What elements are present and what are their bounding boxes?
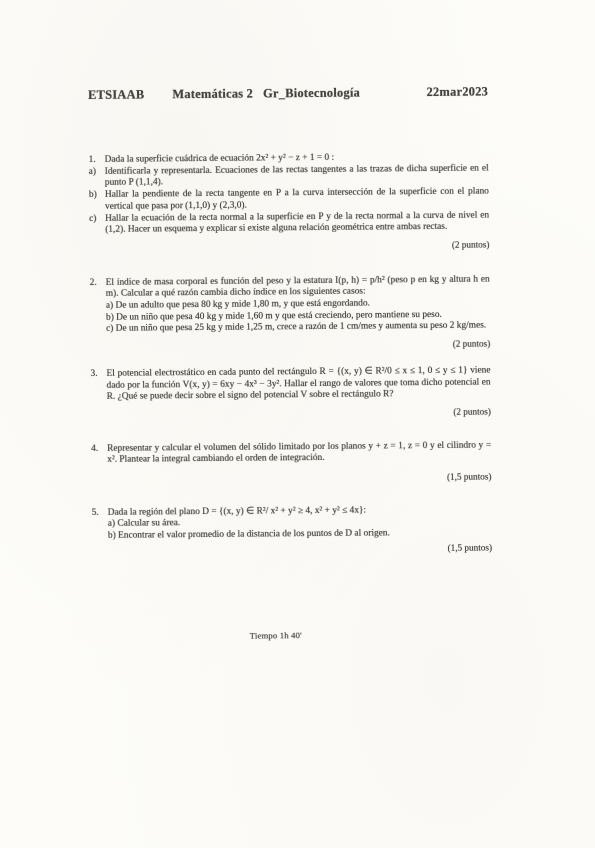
exam-date: 22mar2023	[426, 85, 488, 101]
exam-content: ETSIAAB Matemáticas 2 Gr_Biotecnología 2…	[88, 85, 493, 642]
question-intro: Representar y calcular el volumen del só…	[107, 440, 491, 467]
question-points: (2 puntos)	[90, 339, 490, 354]
question-number: 5.	[92, 508, 108, 543]
question-intro: El índice de masa corporal es función de…	[106, 274, 490, 301]
question-5: 5. Dada la región del plano D = {(x, y) …	[92, 504, 492, 557]
question-points: (1,5 puntos)	[92, 542, 492, 557]
question-points: (2 puntos)	[89, 239, 489, 254]
scanned-exam-page: ETSIAAB Matemáticas 2 Gr_Biotecnología 2…	[0, 0, 595, 848]
question-3-body: 3. El potencial electrostático en cada p…	[90, 365, 490, 404]
group-name: Gr_Biotecnología	[263, 86, 360, 102]
question-3: 3. El potencial electrostático en cada p…	[90, 365, 490, 421]
question-2-paragraphs: El índice de masa corporal es función de…	[106, 274, 490, 336]
question-list: 1. Dada la superficie cuádrica de ecuaci…	[89, 152, 492, 558]
question-number: 3.	[90, 369, 106, 404]
question-2: 2. El índice de masa corporal es función…	[90, 274, 491, 354]
question-number: 1.	[89, 155, 105, 167]
question-4: 4. Representar y calcular el volumen del…	[91, 440, 491, 487]
item-label: a)	[89, 167, 105, 191]
question-1: 1. Dada la superficie cuádrica de ecuaci…	[89, 152, 490, 255]
item-text: b) Encontrar el valor promedio de la dis…	[108, 528, 492, 543]
question-4-body: 4. Representar y calcular el volumen del…	[91, 440, 491, 467]
item-text: Identificarla y representarla. Ecuacione…	[105, 163, 489, 190]
question-points: (1,5 puntos)	[91, 472, 491, 487]
item-text: Hallar la pendiente de la recta tangente…	[105, 187, 489, 214]
question-5-body: 5. Dada la región del plano D = {(x, y) …	[92, 504, 492, 543]
question-5-paragraphs: Dada la región del plano D = {(x, y) ∈ R…	[108, 504, 492, 542]
question-intro: El potencial electrostático en cada punt…	[106, 365, 490, 403]
question-points: (2 puntos)	[91, 406, 491, 421]
question-1-item-b: b) Hallar la pendiente de la recta tange…	[89, 187, 489, 214]
question-2-body: 2. El índice de masa corporal es función…	[90, 274, 490, 336]
item-text: c) De un niño que pesa 25 kg y mide 1,25…	[106, 321, 490, 336]
item-label: c)	[89, 213, 105, 237]
item-text: Hallar la ecuación de la recta normal a …	[105, 210, 489, 237]
item-label: b)	[89, 190, 105, 214]
question-1-item-c: c) Hallar la ecuación de la recta normal…	[89, 210, 489, 237]
question-number: 2.	[90, 277, 107, 336]
school-name: ETSIAAB	[88, 88, 144, 103]
course-title: Matemáticas 2	[172, 87, 253, 103]
question-number: 4.	[91, 444, 107, 468]
exam-header: ETSIAAB Matemáticas 2 Gr_Biotecnología 2…	[88, 85, 488, 103]
exam-duration: Tiempo 1h 40'	[93, 628, 493, 641]
